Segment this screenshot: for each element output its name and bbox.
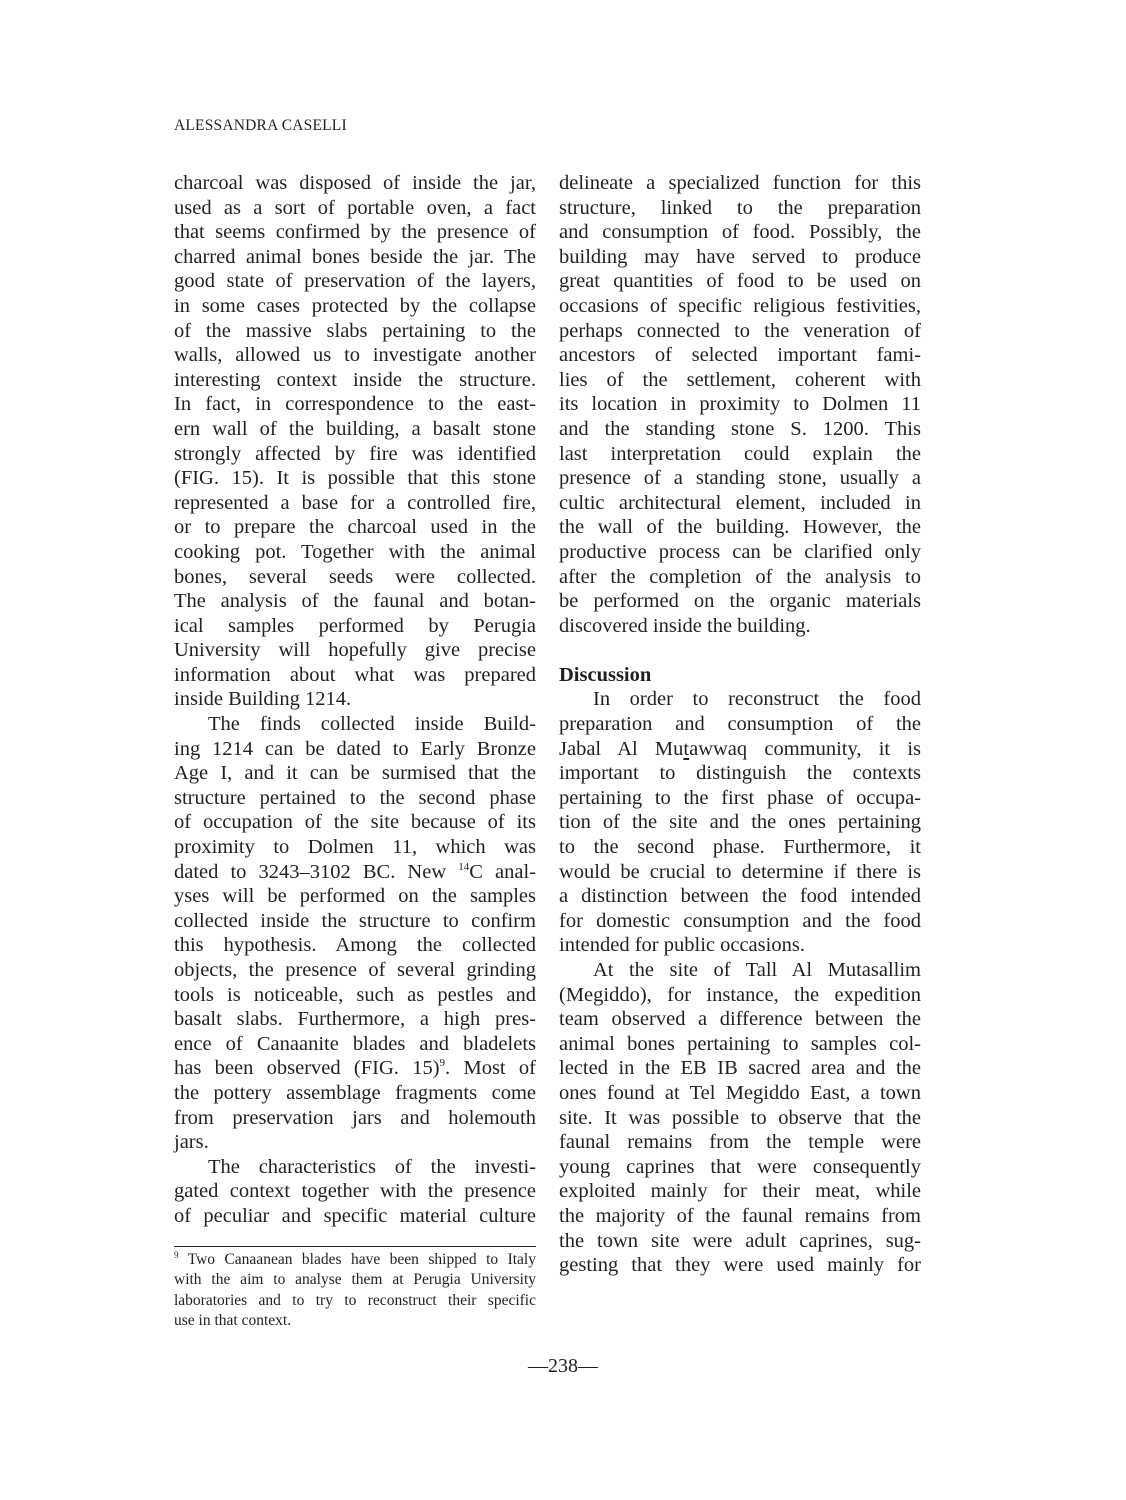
footnote-line: 9 Two Canaanean blades have been shipped… bbox=[174, 1250, 536, 1270]
text-line: structure pertained to the second phase bbox=[174, 786, 536, 811]
text-line: of peculiar and specific material cultur… bbox=[174, 1204, 536, 1229]
right-column: delineate a specialized function for thi… bbox=[559, 171, 921, 1278]
text-line: basalt slabs. Furthermore, a high pres- bbox=[174, 1007, 536, 1032]
text-line: In fact, in correspondence to the east- bbox=[174, 392, 536, 417]
text-line: the wall of the building. However, the bbox=[559, 515, 921, 540]
text-line: gated context together with the presence bbox=[174, 1179, 536, 1204]
text-line: information about what was prepared bbox=[174, 663, 536, 688]
text-line: of the massive slabs pertaining to the bbox=[174, 319, 536, 344]
footnote-text: Two Canaanean blades have been shipped t… bbox=[179, 1251, 537, 1268]
text-line: building may have served to produce bbox=[559, 245, 921, 270]
text-line: young caprines that were consequently bbox=[559, 1155, 921, 1180]
text-line: (Megiddo), for instance, the expedition bbox=[559, 983, 921, 1008]
text-line: ern wall of the building, a basalt stone bbox=[174, 417, 536, 442]
text-line-with-footnote-ref: has been observed (FIG. 15)9. Most of bbox=[174, 1056, 536, 1081]
footnote-line: use in that context. bbox=[174, 1311, 536, 1331]
text-line: its location in proximity to Dolmen 11 bbox=[559, 392, 921, 417]
text-line: exploited mainly for their meat, while bbox=[559, 1179, 921, 1204]
text-line: objects, the presence of several grindin… bbox=[174, 958, 536, 983]
text-line: The analysis of the faunal and botan- bbox=[174, 589, 536, 614]
text-line: to the second phase. Furthermore, it bbox=[559, 835, 921, 860]
text-line: after the completion of the analysis to bbox=[559, 565, 921, 590]
text-line: animal bones pertaining to samples col- bbox=[559, 1032, 921, 1057]
line-text: has been observed (FIG. 15) bbox=[174, 1057, 440, 1079]
text-line: team observed a difference between the bbox=[559, 1007, 921, 1032]
text-line: preparation and consumption of the bbox=[559, 712, 921, 737]
text-line: the town site were adult caprines, sug- bbox=[559, 1229, 921, 1254]
running-head: ALESSANDRA CASELLI bbox=[174, 117, 347, 135]
section-heading-discussion: Discussion bbox=[559, 663, 921, 688]
line-text: awwaq community, it is bbox=[689, 738, 921, 760]
paragraph-start-line: The finds collected inside Build- bbox=[174, 712, 536, 737]
text-line: used as a sort of portable oven, a fact bbox=[174, 196, 536, 221]
text-line: of occupation of the site because of its bbox=[174, 810, 536, 835]
line-text: . Most of bbox=[445, 1057, 536, 1079]
text-line: for domestic consumption and the food bbox=[559, 909, 921, 934]
text-line: ical samples performed by Perugia bbox=[174, 614, 536, 639]
text-line: would be crucial to determine if there i… bbox=[559, 860, 921, 885]
line-text: dated to 3243–3102 BC. New bbox=[174, 861, 458, 883]
text-line: collected inside the structure to confir… bbox=[174, 909, 536, 934]
text-line: faunal remains from the temple were bbox=[559, 1130, 921, 1155]
text-line: bones, several seeds were collected. bbox=[174, 565, 536, 590]
text-line: in some cases protected by the collapse bbox=[174, 294, 536, 319]
paragraph-start-line: At the site of Tall Al Mutasallim bbox=[559, 958, 921, 983]
text-line: be performed on the organic materials bbox=[559, 589, 921, 614]
text-line: a distinction between the food intended bbox=[559, 884, 921, 909]
text-line: cooking pot. Together with the animal bbox=[174, 540, 536, 565]
text-line: or to prepare the charcoal used in the bbox=[174, 515, 536, 540]
text-line: and the standing stone S. 1200. This bbox=[559, 417, 921, 442]
text-line: presence of a standing stone, usually a bbox=[559, 466, 921, 491]
text-line: represented a base for a controlled fire… bbox=[174, 491, 536, 516]
text-line: this hypothesis. Among the collected bbox=[174, 933, 536, 958]
text-line: University will hopefully give precise bbox=[174, 638, 536, 663]
text-line: structure, linked to the preparation bbox=[559, 196, 921, 221]
text-line: Age I, and it can be surmised that the bbox=[174, 761, 536, 786]
line-text: C anal- bbox=[469, 861, 536, 883]
page-number: —238— bbox=[0, 1355, 1126, 1378]
text-line: pertaining to the first phase of occupa- bbox=[559, 786, 921, 811]
text-line: interesting context inside the structure… bbox=[174, 368, 536, 393]
text-line: ones found at Tel Megiddo East, a town bbox=[559, 1081, 921, 1106]
text-line: proximity to Dolmen 11, which was bbox=[174, 835, 536, 860]
text-line: ence of Canaanite blades and bladelets bbox=[174, 1032, 536, 1057]
text-line: strongly affected by fire was identified bbox=[174, 442, 536, 467]
text-line: lies of the settlement, coherent with bbox=[559, 368, 921, 393]
text-line: cultic architectural element, included i… bbox=[559, 491, 921, 516]
text-line: perhaps connected to the veneration of bbox=[559, 319, 921, 344]
text-line: the majority of the faunal remains from bbox=[559, 1204, 921, 1229]
text-line: tools is noticeable, such as pestles and bbox=[174, 983, 536, 1008]
text-line: important to distinguish the contexts bbox=[559, 761, 921, 786]
text-line: tion of the site and the ones pertaining bbox=[559, 810, 921, 835]
footnote-line: with the aim to analyse them at Perugia … bbox=[174, 1270, 536, 1290]
text-line: occasions of specific religious festivit… bbox=[559, 294, 921, 319]
text-line: great quantities of food to be used on bbox=[559, 269, 921, 294]
text-line: site. It was possible to observe that th… bbox=[559, 1106, 921, 1131]
text-line: intended for public occasions. bbox=[559, 933, 921, 958]
footnote-line: laboratories and to try to reconstruct t… bbox=[174, 1291, 536, 1311]
text-line: the pottery assemblage fragments come bbox=[174, 1081, 536, 1106]
paragraph-start-line: In order to reconstruct the food bbox=[559, 687, 921, 712]
text-line: discovered inside the building. bbox=[559, 614, 921, 639]
paragraph-start-line: The characteristics of the investi- bbox=[174, 1155, 536, 1180]
text-line: delineate a specialized function for thi… bbox=[559, 171, 921, 196]
text-line: inside Building 1214. bbox=[174, 687, 536, 712]
text-line: good state of preservation of the layers… bbox=[174, 269, 536, 294]
text-line: ing 1214 can be dated to Early Bronze bbox=[174, 737, 536, 762]
isotope-superscript: 14 bbox=[458, 861, 469, 873]
text-line: charcoal was disposed of inside the jar, bbox=[174, 171, 536, 196]
line-text: Jabal Al Mu bbox=[559, 738, 683, 760]
text-line-with-transliteration: Jabal Al Mutawwaq community, it is bbox=[559, 737, 921, 762]
text-line: charred animal bones beside the jar. The bbox=[174, 245, 536, 270]
footnote-divider bbox=[174, 1246, 536, 1247]
text-line: (FIG. 15). It is possible that this ston… bbox=[174, 466, 536, 491]
footnote-9: 9 Two Canaanean blades have been shipped… bbox=[174, 1250, 536, 1332]
text-line: from preservation jars and holemouth bbox=[174, 1106, 536, 1131]
text-line: productive process can be clarified only bbox=[559, 540, 921, 565]
text-line: walls, allowed us to investigate another bbox=[174, 343, 536, 368]
text-line: gesting that they were used mainly for bbox=[559, 1253, 921, 1278]
text-line: ancestors of selected important fami- bbox=[559, 343, 921, 368]
text-line: last interpretation could explain the bbox=[559, 442, 921, 467]
text-line: yses will be performed on the samples bbox=[174, 884, 536, 909]
left-column: charcoal was disposed of inside the jar,… bbox=[174, 171, 536, 1229]
text-line: and consumption of food. Possibly, the bbox=[559, 220, 921, 245]
text-line: that seems confirmed by the presence of bbox=[174, 220, 536, 245]
text-line: jars. bbox=[174, 1130, 536, 1155]
text-line: lected in the EB IB sacred area and the bbox=[559, 1056, 921, 1081]
text-line-with-superscript: dated to 3243–3102 BC. New 14C anal- bbox=[174, 860, 536, 885]
